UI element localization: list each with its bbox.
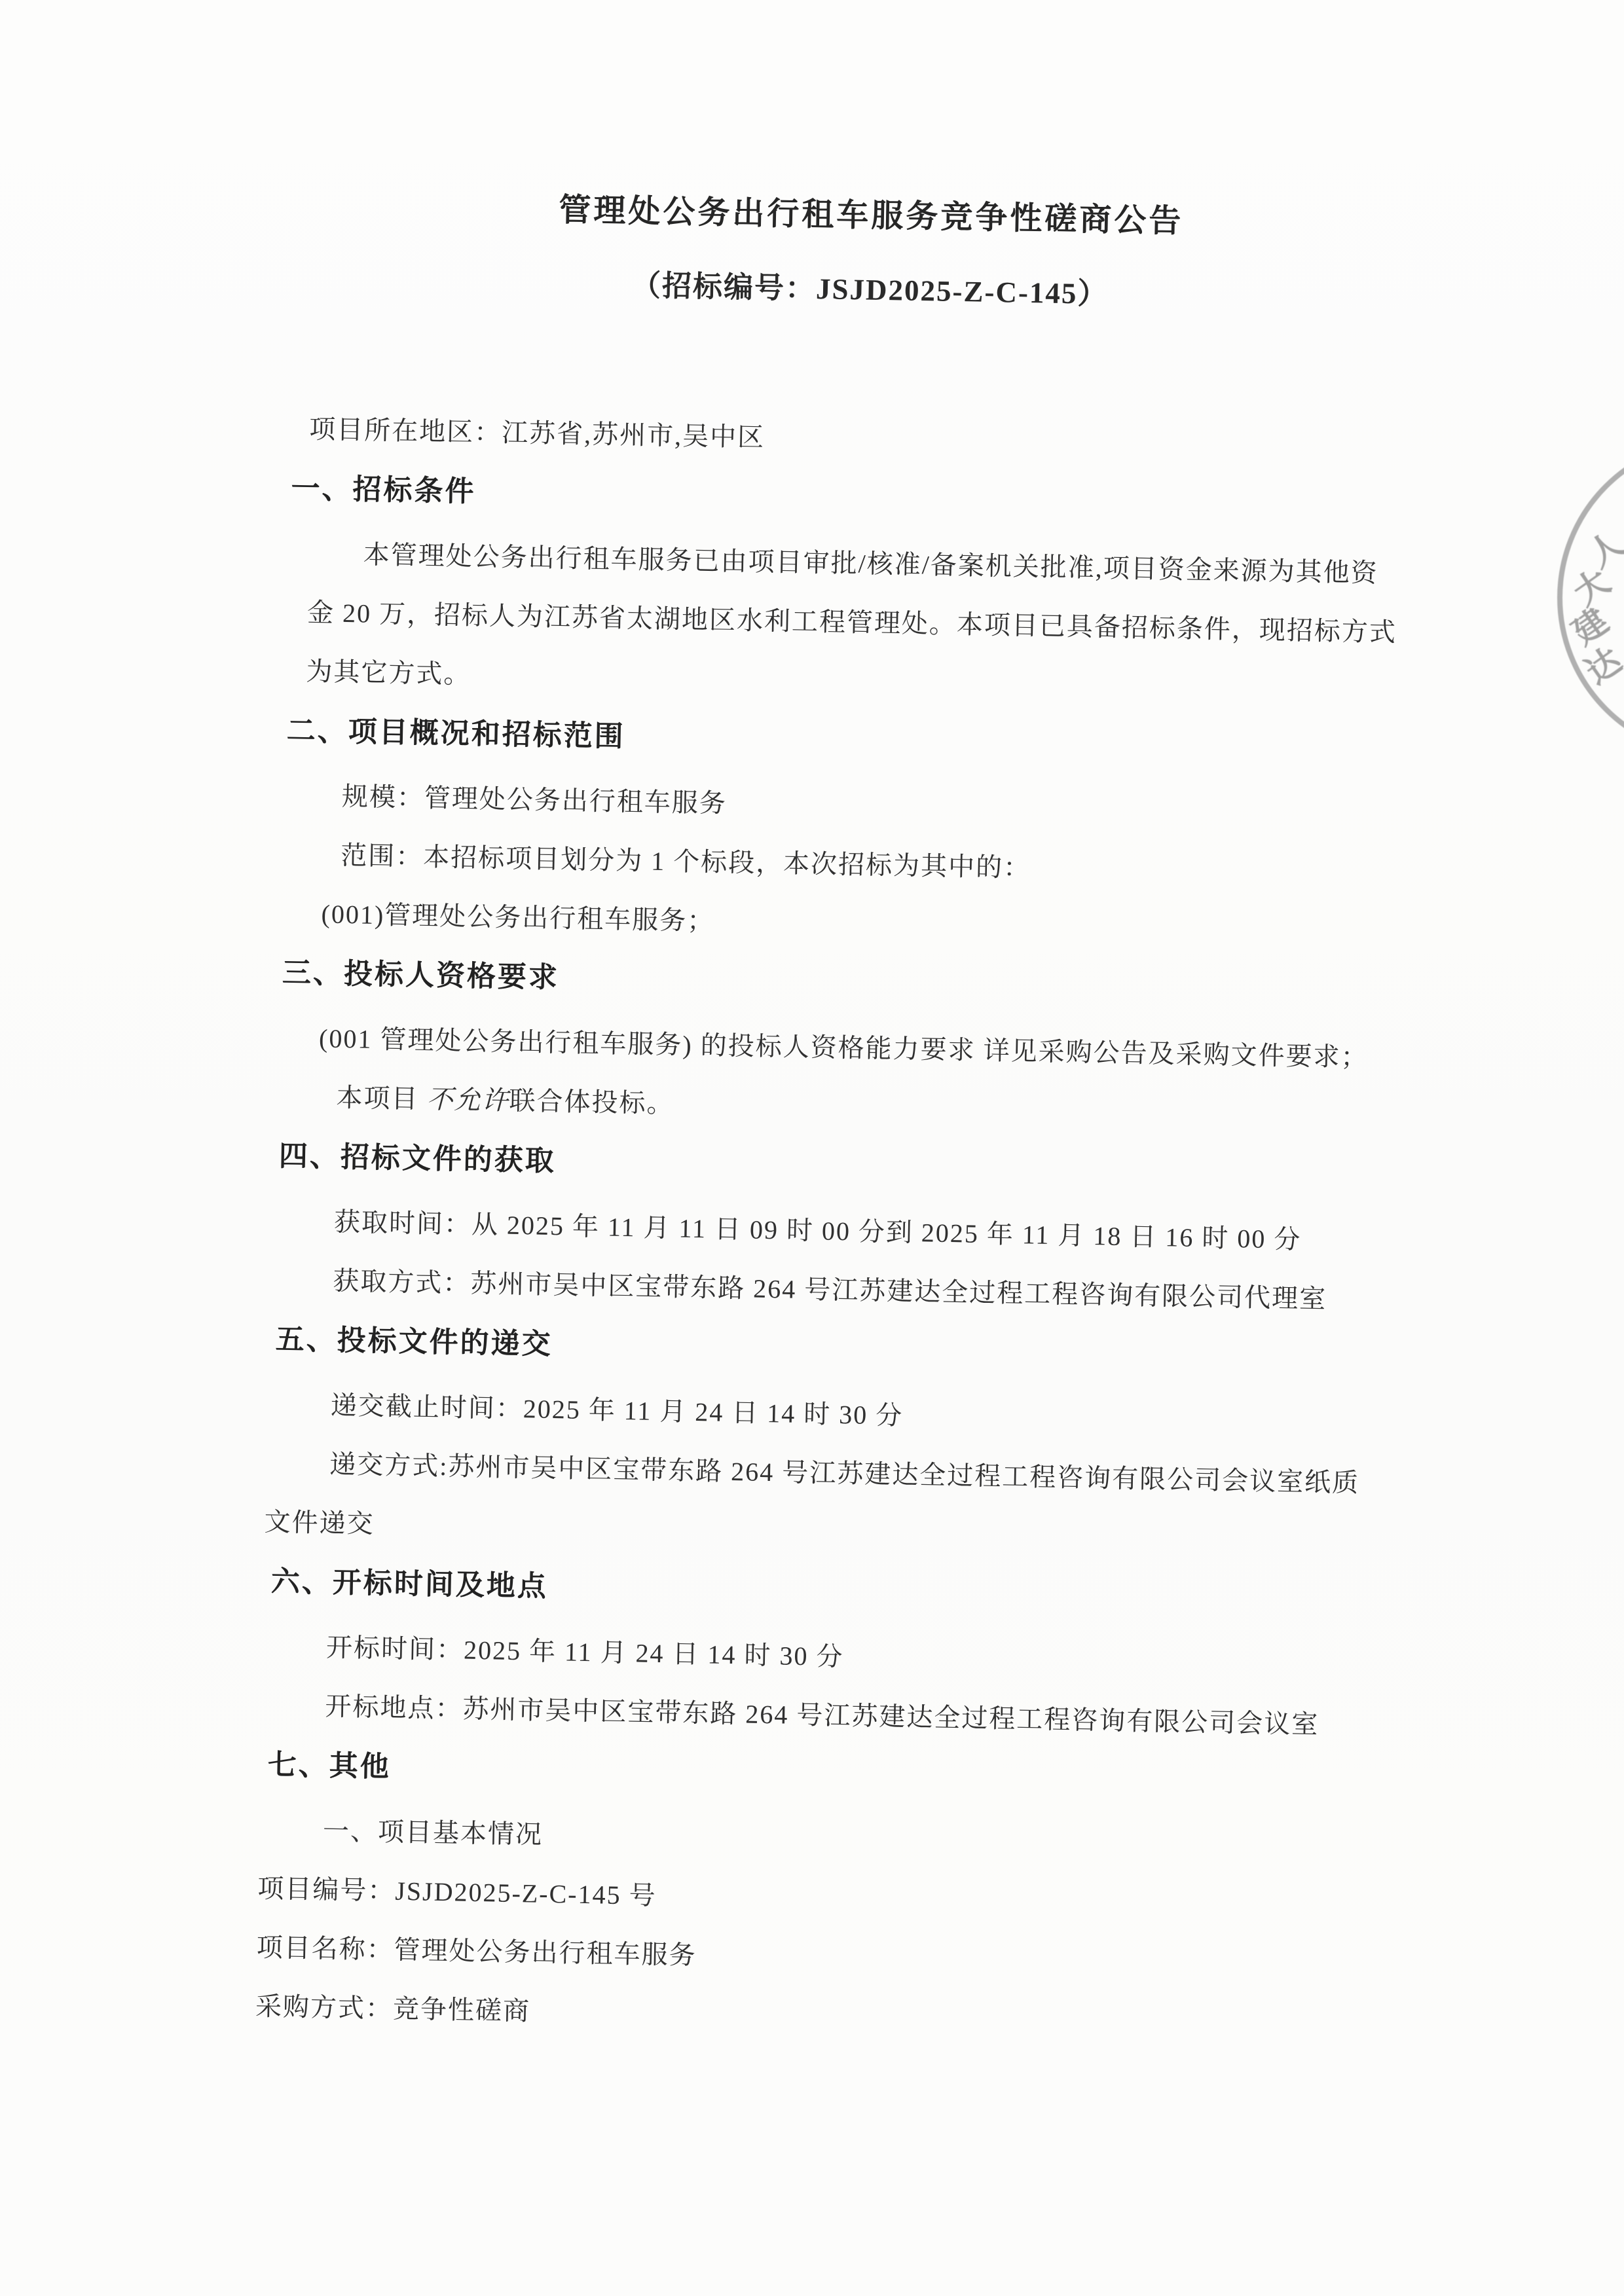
section-heading-5: 五、投标文件的递交 bbox=[275, 1321, 1433, 1379]
doc-line: 一、项目基本情况 bbox=[322, 1813, 1424, 1870]
doc-line: (001 管理处公务出行租车服务) 的投标人资格能力要求 详见采购公告及采购文件… bbox=[319, 1020, 1439, 1077]
scan-content: 管理处公务出行租车服务竞争性磋商公告 （招标编号：JSJD2025-Z-C-14… bbox=[0, 0, 1624, 2071]
doc-line: 文件递交 bbox=[264, 1504, 1430, 1562]
line-text: 为其它方式。 bbox=[306, 657, 471, 689]
line-text: 本项目 bbox=[336, 1083, 427, 1114]
line-text: 联合体投标。 bbox=[509, 1086, 674, 1119]
doc-line: (001)管理处公务出行租车服务； bbox=[321, 896, 1441, 953]
line-text: 金 20 万，招标人为江苏省太湖地区水利工程管理处。本项目已具备招标条件，现招标… bbox=[307, 598, 1397, 647]
line-text: 项目名称：管理处公务出行租车服务 bbox=[256, 1933, 697, 1970]
line-text: 范围：本招标项目划分为 1 个标段，本次招标为其中的： bbox=[341, 841, 1031, 883]
section-heading-6: 六、开标时间及地点 bbox=[270, 1563, 1429, 1622]
line-text: 规模：管理处公务出行租车服务 bbox=[342, 782, 728, 818]
line-text: 一、项目基本情况 bbox=[323, 1816, 544, 1850]
project-location-line: 项目所在地区：江苏省,苏州市,吴中区 bbox=[309, 411, 1450, 469]
doc-line: 开标地点：苏州市吴中区宝带东路 264 号江苏建达全过程工程咨询有限公司会议室 bbox=[325, 1688, 1427, 1745]
line-text: 本管理处公务出行租车服务已由项目审批/核准/备案机关批准,项目资金来源为其他资 bbox=[363, 539, 1378, 587]
line-text: (001)管理处公务出行租车服务； bbox=[321, 899, 714, 936]
scanned-document-page: 管理处公务出行租车服务竞争性磋商公告 （招标编号：JSJD2025-Z-C-14… bbox=[0, 0, 1624, 2296]
section-heading-4: 四、招标文件的获取 bbox=[278, 1137, 1437, 1196]
doc-line: 项目编号：JSJD2025-Z-C-145 号 bbox=[257, 1870, 1424, 1929]
line-text: 项目编号：JSJD2025-Z-C-145 号 bbox=[257, 1874, 657, 1910]
doc-line: 递交截止时间：2025 年 11 月 24 日 14 时 30 分 bbox=[330, 1387, 1432, 1444]
doc-line: 金 20 万，招标人为江苏省太湖地区水利工程管理处。本项目已具备招标条件，现招标… bbox=[307, 594, 1447, 652]
doc-line: 递交方式:苏州市吴中区宝带东路 264 号江苏建达全过程工程咨询有限公司会议室纸… bbox=[329, 1446, 1431, 1503]
document-title: 管理处公务出行租车服务竞争性磋商公告 bbox=[288, 184, 1454, 247]
section-heading-7: 七、其他 bbox=[267, 1746, 1426, 1805]
line-text: 开标时间：2025 年 11 月 24 日 14 时 30 分 bbox=[326, 1633, 844, 1671]
section-heading-3: 三、投标人资格要求 bbox=[282, 954, 1440, 1013]
tender-number-subtitle: （招标编号：JSJD2025-Z-C-145） bbox=[287, 260, 1453, 319]
doc-line: 本项目 不允许联合体投标。 bbox=[336, 1080, 1438, 1137]
line-text: 采购方式：竞争性磋商 bbox=[255, 1992, 531, 2026]
emphasis-text: 不允许 bbox=[426, 1084, 509, 1115]
line-text: 递交方式:苏州市吴中区宝带东路 264 号江苏建达全过程工程咨询有限公司会议室纸… bbox=[329, 1449, 1360, 1498]
document-sections: 一、招标条件本管理处公务出行租车服务已由项目审批/核准/备案机关批准,项目资金来… bbox=[255, 469, 1449, 2046]
line-text: (001 管理处公务出行租车服务) 的投标人资格能力要求 详见采购公告及采购文件… bbox=[319, 1023, 1369, 1072]
doc-line: 项目名称：管理处公务出行租车服务 bbox=[256, 1929, 1422, 1988]
line-text: 开标地点：苏州市吴中区宝带东路 264 号江苏建达全过程工程咨询有限公司会议室 bbox=[325, 1692, 1319, 1740]
doc-line: 采购方式：竞争性磋商 bbox=[255, 1988, 1422, 2047]
line-text: 获取方式：苏州市吴中区宝带东路 264 号江苏建达全过程工程咨询有限公司代理室 bbox=[333, 1266, 1327, 1314]
doc-line: 规模：管理处公务出行租车服务 bbox=[341, 778, 1443, 835]
doc-line: 获取方式：苏州市吴中区宝带东路 264 号江苏建达全过程工程咨询有限公司代理室 bbox=[333, 1263, 1435, 1320]
line-text: 文件递交 bbox=[264, 1507, 375, 1539]
doc-line: 获取时间：从 2025 年 11 月 11 日 09 时 00 分到 2025 … bbox=[334, 1204, 1436, 1261]
section-heading-2: 二、项目概况和招标范围 bbox=[286, 712, 1445, 771]
doc-line: 开标时间：2025 年 11 月 24 日 14 时 30 分 bbox=[326, 1630, 1428, 1686]
line-text: 递交截止时间：2025 年 11 月 24 日 14 时 30 分 bbox=[330, 1391, 903, 1430]
doc-line: 为其它方式。 bbox=[306, 653, 1446, 711]
doc-line: 本管理处公务出行租车服务已由项目审批/核准/备案机关批准,项目资金来源为其他资 bbox=[363, 536, 1448, 592]
section-heading-1: 一、招标条件 bbox=[291, 469, 1449, 528]
line-text: 获取时间：从 2025 年 11 月 11 日 09 时 00 分到 2025 … bbox=[334, 1207, 1302, 1254]
doc-line: 范围：本招标项目划分为 1 个标段，本次招标为其中的： bbox=[341, 837, 1443, 894]
